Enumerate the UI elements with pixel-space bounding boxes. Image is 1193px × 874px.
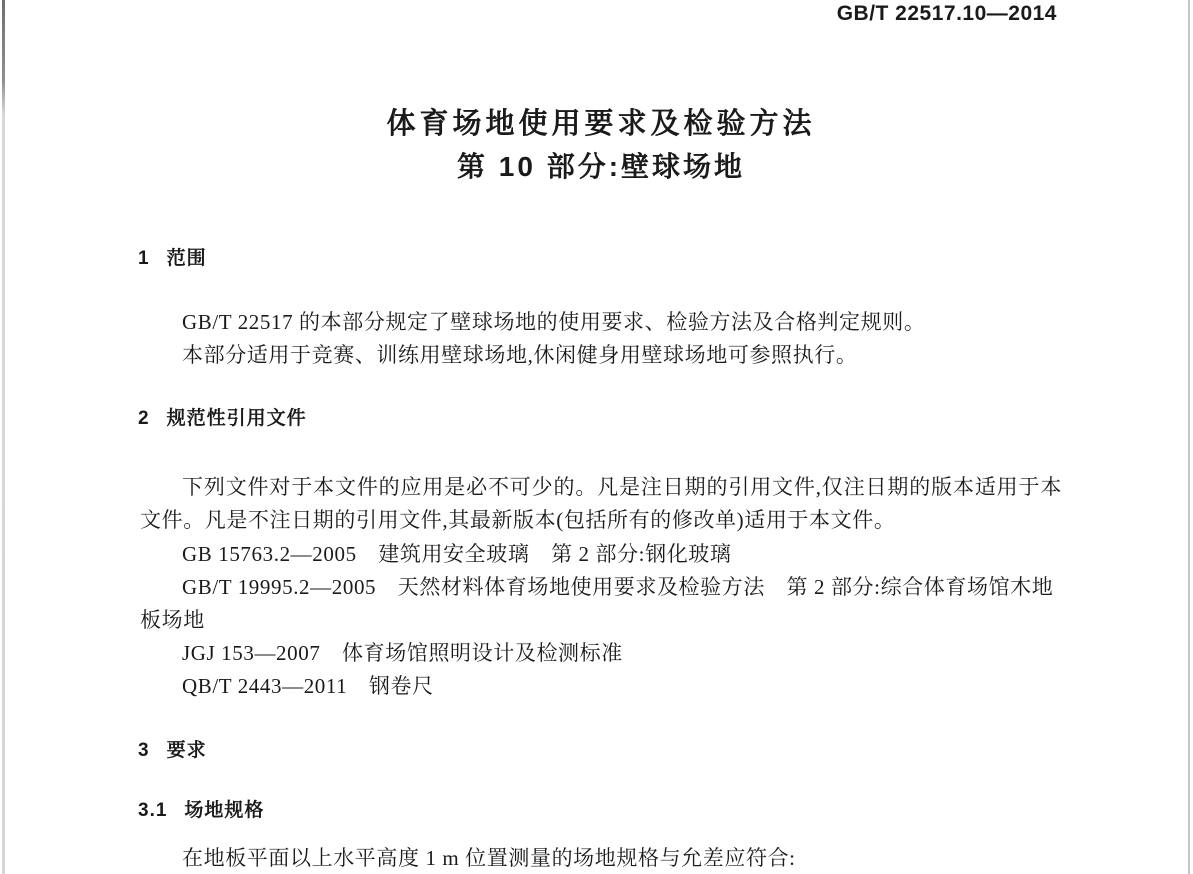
document-title-line1: 体育场地使用要求及检验方法 xyxy=(140,101,1062,142)
scope-paragraph-2: 本部分适用于竞赛、训练用壁球场地,休闲健身用壁球场地可参照执行。 xyxy=(140,339,1062,372)
section-2-heading: 2规范性引用文件 xyxy=(138,407,307,431)
document-title-line2: 第 10 部分:壁球场地 xyxy=(140,145,1062,185)
normative-references-list: GB 15763.2—2005 建筑用安全玻璃 第 2 部分:钢化玻璃 GB/T… xyxy=(140,538,1062,703)
section-2-title: 规范性引用文件 xyxy=(167,408,307,429)
section-3-heading: 3要求 xyxy=(138,739,207,763)
scan-edge-right xyxy=(1188,0,1190,874)
scope-paragraph-1: GB/T 22517 的本部分规定了壁球场地的使用要求、检验方法及合格判定规则。 xyxy=(140,306,1062,339)
document-code: GB/T 22517.10—2014 xyxy=(837,2,1057,26)
section-3-1-heading: 3.1场地规格 xyxy=(138,799,264,823)
section-1-heading: 1范围 xyxy=(138,247,207,271)
standard-document-page: GB/T 22517.10—2014 体育场地使用要求及检验方法 第 10 部分… xyxy=(0,0,1193,874)
reference-item: GB/T 19995.2—2005 天然材料体育场地使用要求及检验方法 第 2 … xyxy=(140,571,1062,637)
section-3-number: 3 xyxy=(138,739,150,763)
reference-item: GB 15763.2—2005 建筑用安全玻璃 第 2 部分:钢化玻璃 xyxy=(140,538,1062,571)
scan-edge-left xyxy=(2,0,5,874)
section-3-1-number: 3.1 xyxy=(138,799,167,823)
reference-item: JGJ 153—2007 体育场馆照明设计及检测标准 xyxy=(140,637,1062,670)
section-1-number: 1 xyxy=(138,247,150,271)
section-1-title: 范围 xyxy=(167,248,207,269)
section-3-title: 要求 xyxy=(167,740,207,761)
section-3-1-title: 场地规格 xyxy=(184,800,264,821)
reference-item: QB/T 2443—2011 钢卷尺 xyxy=(140,670,1062,703)
normative-references-intro: 下列文件对于本文件的应用是必不可少的。凡是注日期的引用文件,仅注日期的版本适用于… xyxy=(140,471,1062,537)
section-2-number: 2 xyxy=(138,407,150,431)
court-spec-paragraph: 在地板平面以上水平高度 1 m 位置测量的场地规格与允差应符合: xyxy=(140,842,1062,874)
